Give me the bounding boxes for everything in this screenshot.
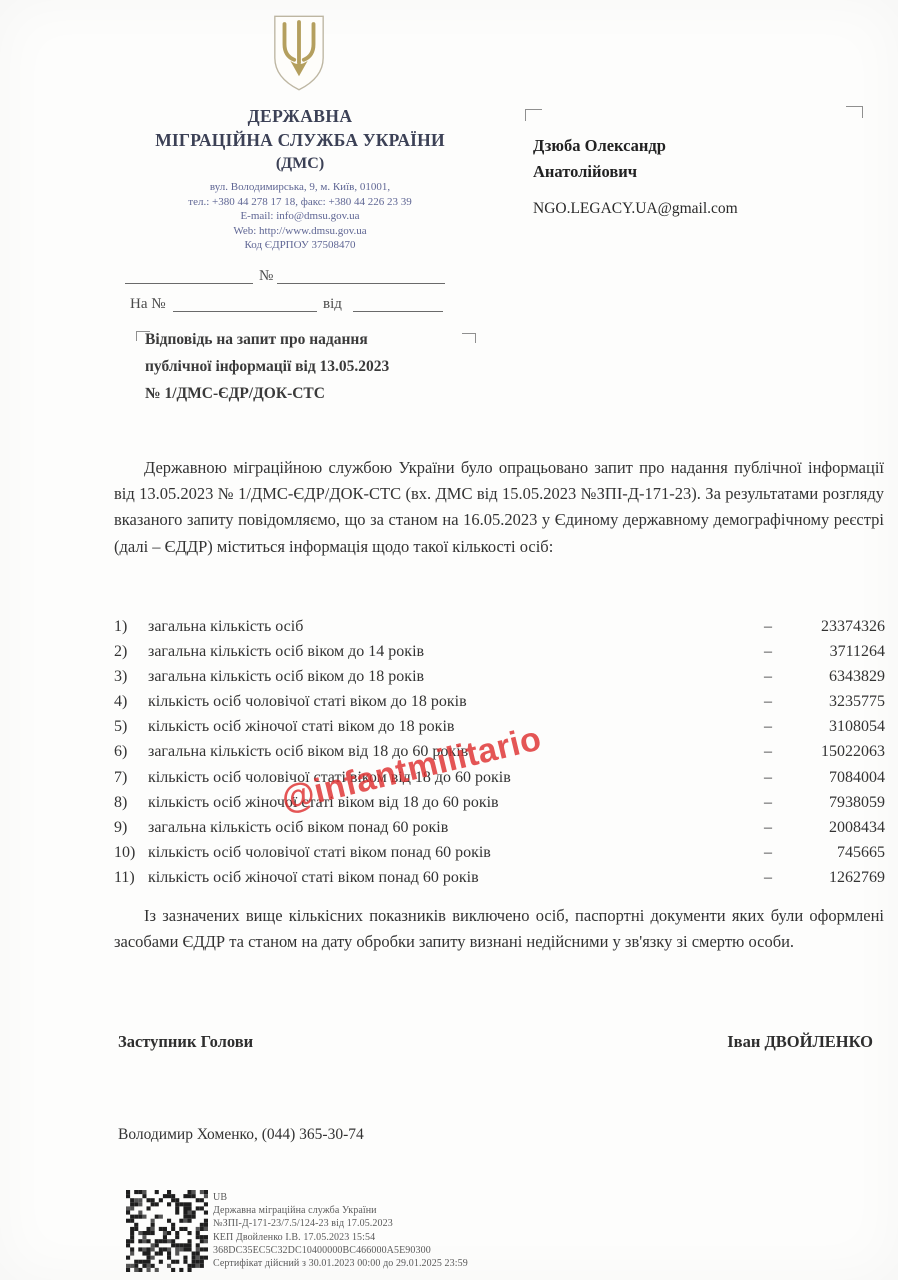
stamp-line: UB <box>213 1191 633 1204</box>
statistics-value: 23374326 <box>767 618 885 636</box>
statistics-num: 1) <box>114 618 146 636</box>
statistics-label: кількість осіб чоловічої статі віком від… <box>148 769 750 787</box>
statistics-row: 11)кількість осіб жіночої статі віком по… <box>114 869 885 894</box>
stamp-line: №ЗПІ-Д-171-23/7.5/124-23 від 17.05.2023 <box>213 1217 633 1230</box>
blank-underline <box>173 297 317 312</box>
statistics-list: 1)загальна кількість осіб–233743262)зага… <box>114 618 885 894</box>
org-address-line: Web: http://www.dmsu.gov.ua <box>120 224 480 239</box>
statistics-row: 9)загальна кількість осіб віком понад 60… <box>114 819 885 844</box>
statistics-value: 2008434 <box>767 819 885 837</box>
signature-row: Заступник Голови Іван ДВОЙЛЕНКО <box>118 1032 873 1052</box>
statistics-row: 6)загальна кількість осіб віком від 18 д… <box>114 743 885 768</box>
statistics-num: 8) <box>114 794 146 812</box>
number-label: № <box>259 268 273 285</box>
recipient-corner-left <box>525 109 542 121</box>
statistics-label: загальна кількість осіб <box>148 618 750 636</box>
statistics-num: 3) <box>114 668 146 686</box>
org-title: ДЕРЖАВНА МІГРАЦІЙНА СЛУЖБА УКРАЇНИ (ДМС) <box>128 104 472 175</box>
statistics-value: 3235775 <box>767 693 885 711</box>
statistics-num: 9) <box>114 819 146 837</box>
org-address-line: тел.: +380 44 278 17 18, факс: +380 44 2… <box>120 195 480 210</box>
executor-contact: Володимир Хоменко, (044) 365-30-74 <box>118 1126 364 1144</box>
statistics-value: 15022063 <box>767 743 885 761</box>
statistics-label: кількість осіб жіночої статі віком до 18… <box>148 718 750 736</box>
statistics-row: 8)кількість осіб жіночої статі віком від… <box>114 794 885 819</box>
statistics-label: кількість осіб жіночої статі віком від 1… <box>148 794 750 812</box>
blank-underline <box>125 269 253 284</box>
signer-name: Іван ДВОЙЛЕНКО <box>727 1032 873 1052</box>
qr-code <box>126 1190 208 1272</box>
statistics-label: кількість осіб чоловічої статі віком до … <box>148 693 750 711</box>
statistics-label: кількість осіб жіночої статі віком понад… <box>148 869 750 887</box>
statistics-num: 11) <box>114 869 146 887</box>
subject-block: Відповідь на запит про надання публічної… <box>145 326 469 407</box>
org-title-line2: МІГРАЦІЙНА СЛУЖБА УКРАЇНИ <box>128 128 472 152</box>
statistics-row: 2)загальна кількість осіб віком до 14 ро… <box>114 643 885 668</box>
statistics-num: 4) <box>114 693 146 711</box>
statistics-label: загальна кількість осіб віком до 18 рокі… <box>148 668 750 686</box>
statistics-value: 1262769 <box>767 869 885 887</box>
blank-underline <box>353 297 443 312</box>
stamp-line: 368DC35EC5C32DC10400000BC466000A5E90300 <box>213 1244 633 1257</box>
statistics-label: загальна кількість осіб віком від 18 до … <box>148 743 750 761</box>
recipient-name-line1: Дзюба Олександр <box>533 133 833 159</box>
recipient-corner-right <box>846 106 863 118</box>
statistics-num: 10) <box>114 844 146 862</box>
signature-stamp-text: UBДержавна міграційна служба України№ЗПІ… <box>213 1191 633 1270</box>
document-page: ДЕРЖАВНА МІГРАЦІЙНА СЛУЖБА УКРАЇНИ (ДМС)… <box>0 0 898 1280</box>
body-paragraph-2: Із зазначених вище кількісних показників… <box>114 903 884 955</box>
subject-line1: Відповідь на запит про надання <box>145 326 469 353</box>
statistics-num: 7) <box>114 769 146 787</box>
signer-position: Заступник Голови <box>118 1032 253 1052</box>
statistics-row: 1)загальна кількість осіб–23374326 <box>114 618 885 643</box>
stamp-line: Сертифікат дійсний з 30.01.2023 00:00 до… <box>213 1257 633 1270</box>
org-title-line1: ДЕРЖАВНА <box>128 104 472 128</box>
statistics-row: 10)кількість осіб чоловічої статі віком … <box>114 844 885 869</box>
org-address-line: E-mail: info@dmsu.gov.ua <box>120 209 480 224</box>
statistics-value: 7938059 <box>767 794 885 812</box>
stamp-line: КЕП Двойленко І.В. 17.05.2023 15:54 <box>213 1231 633 1244</box>
ukraine-trident-emblem-icon <box>270 14 328 92</box>
statistics-value: 745665 <box>767 844 885 862</box>
na-label: На № <box>130 296 166 313</box>
statistics-label: загальна кількість осіб віком понад 60 р… <box>148 819 750 837</box>
subject-line2: публічної інформації від 13.05.2023 <box>145 353 469 380</box>
statistics-num: 5) <box>114 718 146 736</box>
statistics-row: 4)кількість осіб чоловічої статі віком д… <box>114 693 885 718</box>
org-address-line: вул. Володимирська, 9, м. Київ, 01001, <box>120 180 480 195</box>
statistics-label: загальна кількість осіб віком до 14 рокі… <box>148 643 750 661</box>
stamp-line: Державна міграційна служба України <box>213 1204 633 1217</box>
statistics-label: кількість осіб чоловічої статі віком пон… <box>148 844 750 862</box>
blank-underline <box>277 269 445 284</box>
org-address-line: Код ЄДРПОУ 37508470 <box>120 238 480 253</box>
statistics-row: 3)загальна кількість осіб віком до 18 ро… <box>114 668 885 693</box>
statistics-value: 3108054 <box>767 718 885 736</box>
vid-label: від <box>323 296 342 313</box>
subject-line3: № 1/ДМС-ЄДР/ДОК-СТС <box>145 380 469 407</box>
recipient-name-line2: Анатолійович <box>533 159 833 185</box>
statistics-row: 7)кількість осіб чоловічої статі віком в… <box>114 769 885 794</box>
org-address: вул. Володимирська, 9, м. Київ, 01001,те… <box>120 180 480 253</box>
org-title-line3: (ДМС) <box>128 152 472 175</box>
recipient-name: Дзюба Олександр Анатолійович <box>533 133 833 185</box>
body-paragraph-1: Державною міграційною службою України бу… <box>114 455 884 560</box>
statistics-num: 6) <box>114 743 146 761</box>
statistics-value: 3711264 <box>767 643 885 661</box>
statistics-value: 6343829 <box>767 668 885 686</box>
recipient-email: NGO.LEGACY.UA@gmail.com <box>533 200 738 218</box>
statistics-row: 5)кількість осіб жіночої статі віком до … <box>114 718 885 743</box>
statistics-value: 7084004 <box>767 769 885 787</box>
statistics-num: 2) <box>114 643 146 661</box>
